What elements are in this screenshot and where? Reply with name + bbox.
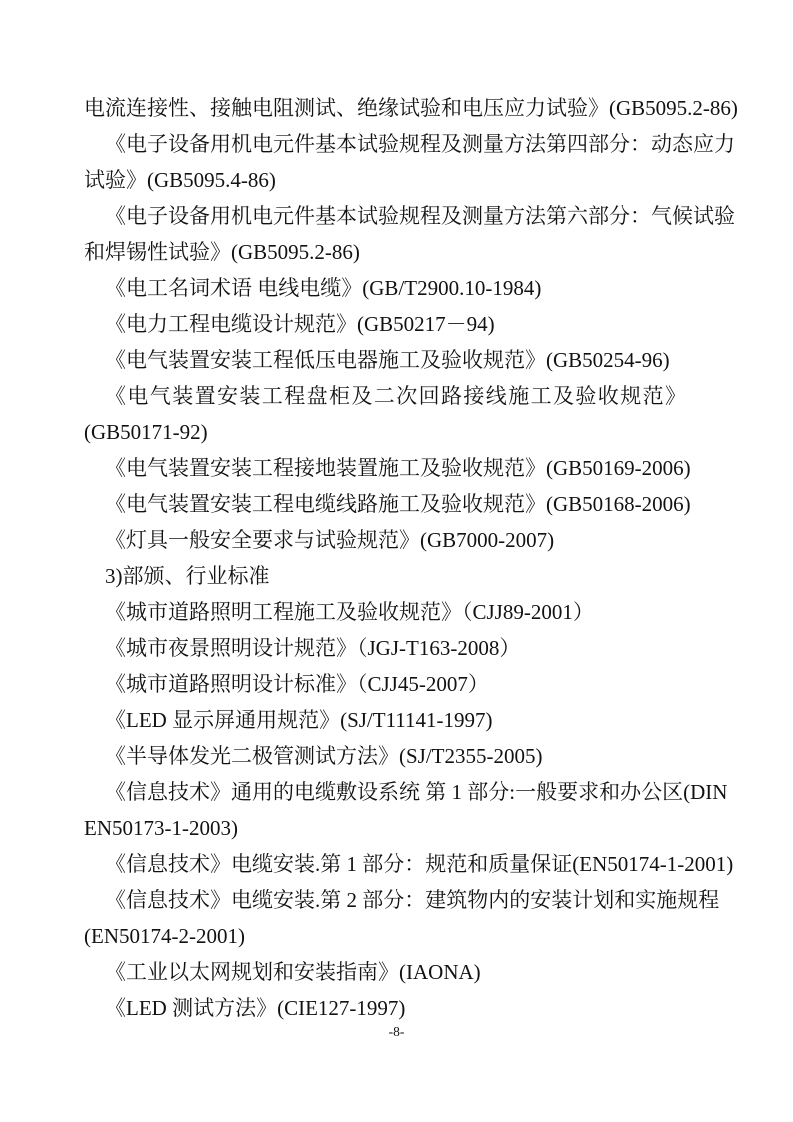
document-line: 3)部颁、行业标准 bbox=[84, 558, 684, 594]
document-line: 《电子设备用机电元件基本试验规程及测量方法第六部分：气候试验 bbox=[84, 198, 684, 234]
document-line: (EN50174-2-2001) bbox=[84, 918, 684, 954]
document-line: 《电气装置安装工程低压电器施工及验收规范》(GB50254-96) bbox=[84, 342, 684, 378]
document-line: 和焊锡性试验》(GB5095.2-86) bbox=[84, 234, 684, 270]
document-line: 《灯具一般安全要求与试验规范》(GB7000-2007) bbox=[84, 522, 684, 558]
document-line: 电流连接性、接触电阻测试、绝缘试验和电压应力试验》(GB5095.2-86) bbox=[84, 90, 684, 126]
document-line: 《信息技术》电缆安装.第 2 部分：建筑物内的安装计划和实施规程 bbox=[84, 882, 684, 918]
document-line: 《半导体发光二极管测试方法》(SJ/T2355-2005) bbox=[84, 738, 684, 774]
document-line: 试验》(GB5095.4-86) bbox=[84, 162, 684, 198]
document-line: 《电子设备用机电元件基本试验规程及测量方法第四部分：动态应力 bbox=[84, 126, 684, 162]
document-line: 《城市道路照明工程施工及验收规范》（CJJ89-2001） bbox=[84, 594, 684, 630]
document-body: 电流连接性、接触电阻测试、绝缘试验和电压应力试验》(GB5095.2-86)《电… bbox=[84, 90, 684, 1026]
document-line: 《工业以太网规划和安装指南》(IAONA) bbox=[84, 954, 684, 990]
document-line: EN50173-1-2003) bbox=[84, 810, 684, 846]
document-line: 《电力工程电缆设计规范》(GB50217－94) bbox=[84, 306, 684, 342]
document-line: (GB50171-92) bbox=[84, 414, 684, 450]
document-line: 《电气装置安装工程接地装置施工及验收规范》(GB50169-2006) bbox=[84, 450, 684, 486]
document-line: 《电气装置安装工程电缆线路施工及验收规范》(GB50168-2006) bbox=[84, 486, 684, 522]
document-line: 《LED 测试方法》(CIE127-1997) bbox=[84, 990, 684, 1026]
document-line: 《信息技术》通用的电缆敷设系统 第 1 部分:一般要求和办公区(DIN bbox=[84, 774, 684, 810]
document-line: 《电气装置安装工程盘柜及二次回路接线施工及验收规范》 bbox=[84, 378, 684, 414]
document-line: 《城市夜景照明设计规范》（JGJ-T163-2008） bbox=[84, 630, 684, 666]
document-line: 《电工名词术语 电线电缆》(GB/T2900.10-1984) bbox=[84, 270, 684, 306]
document-page: 电流连接性、接触电阻测试、绝缘试验和电压应力试验》(GB5095.2-86)《电… bbox=[0, 0, 793, 1122]
document-line: 《城市道路照明设计标准》（CJJ45-2007） bbox=[84, 666, 684, 702]
document-line: 《信息技术》电缆安装.第 1 部分：规范和质量保证(EN50174-1-2001… bbox=[84, 846, 684, 882]
page-number: -8- bbox=[0, 1024, 793, 1039]
document-line: 《LED 显示屏通用规范》(SJ/T11141-1997) bbox=[84, 702, 684, 738]
